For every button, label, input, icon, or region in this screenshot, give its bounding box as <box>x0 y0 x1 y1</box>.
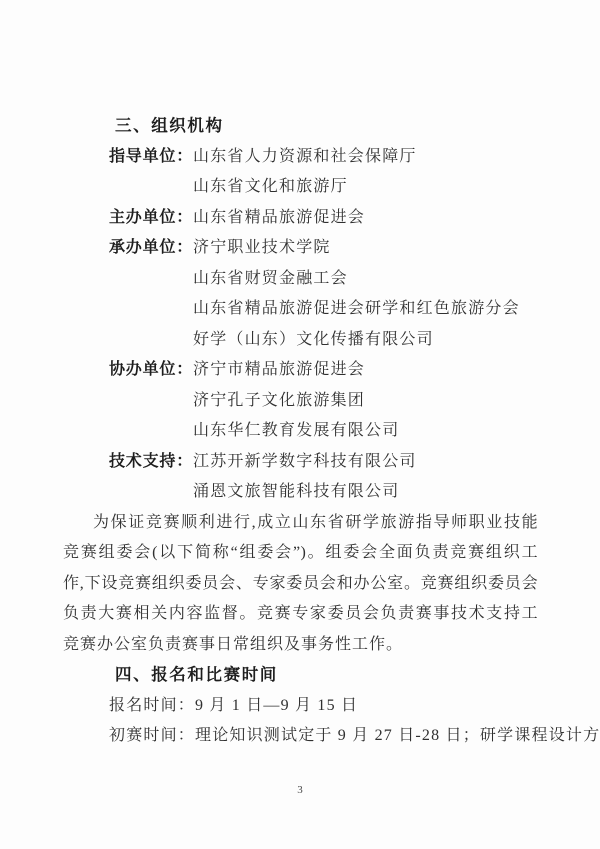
section-4-heading: 四、报名和比赛时间 <box>63 660 538 691</box>
org-value-row: 涌恩文旅智能科技有限公司 <box>63 477 538 508</box>
org-entry-row: 技术支持：江苏开新学数字科技有限公司 <box>63 447 538 478</box>
schedule-line-registration: 报名时间：9 月 1 日—9 月 15 日 <box>63 691 538 722</box>
document-page: 三、组织机构 指导单位：山东省人力资源和社会保障厅 山东省文化和旅游厅 主办单位… <box>0 0 600 849</box>
org-value: 山东省精品旅游促进会研学和红色旅游分会 <box>193 300 520 317</box>
org-value: 山东省精品旅游促进会 <box>193 209 365 226</box>
org-label: 主办单位： <box>109 203 193 234</box>
page-number: 3 <box>0 782 600 798</box>
section-3-heading: 三、组织机构 <box>63 111 538 142</box>
org-value-row: 济宁孔子文化旅游集团 <box>63 386 538 417</box>
org-value: 山东省财贸金融工会 <box>193 270 348 287</box>
org-label: 协办单位： <box>109 355 193 386</box>
paragraph-line: 竞赛组委会(以下简称“组委会”)。组委会全面负责竞赛组织工 <box>63 538 538 569</box>
org-value: 济宁孔子文化旅游集团 <box>193 392 365 409</box>
paragraph-line: 为保证竞赛顺利进行,成立山东省研学旅游指导师职业技能 <box>63 508 538 539</box>
org-value: 济宁市精品旅游促进会 <box>193 361 365 378</box>
org-entry-row: 承办单位：济宁职业技术学院 <box>63 233 538 264</box>
org-entry-row: 协办单位：济宁市精品旅游促进会 <box>63 355 538 386</box>
org-value-row: 山东华仁教育发展有限公司 <box>63 416 538 447</box>
org-label: 指导单位： <box>109 142 193 173</box>
org-value-row: 山东省精品旅游促进会研学和红色旅游分会 <box>63 294 538 325</box>
org-label: 技术支持： <box>109 447 193 478</box>
paragraph-line: 作,下设竞赛组织委员会、专家委员会和办公室。竞赛组织委员会 <box>63 569 538 600</box>
org-value: 山东华仁教育发展有限公司 <box>193 422 399 439</box>
org-label: 承办单位： <box>109 233 193 264</box>
org-value: 山东省人力资源和社会保障厅 <box>193 148 417 165</box>
org-entry-row: 指导单位：山东省人力资源和社会保障厅 <box>63 142 538 173</box>
org-value: 江苏开新学数字科技有限公司 <box>193 453 417 470</box>
org-entry-row: 主办单位：山东省精品旅游促进会 <box>63 203 538 234</box>
org-value-row: 好学（山东）文化传播有限公司 <box>63 325 538 356</box>
schedule-line-preliminary: 初赛时间：理论知识测试定于 9 月 27 日-28 日；研学课程设计方 <box>63 721 538 752</box>
org-value: 好学（山东）文化传播有限公司 <box>193 331 434 348</box>
org-value: 济宁职业技术学院 <box>193 239 331 256</box>
paragraph-line: 竞赛办公室负责赛事日常组织及事务性工作。 <box>63 630 538 661</box>
document-body: 三、组织机构 指导单位：山东省人力资源和社会保障厅 山东省文化和旅游厅 主办单位… <box>63 111 538 752</box>
paragraph-line: 负责大赛相关内容监督。竞赛专家委员会负责赛事技术支持工作。 <box>63 599 538 630</box>
org-value: 涌恩文旅智能科技有限公司 <box>193 483 399 500</box>
org-value: 山东省文化和旅游厅 <box>193 178 348 195</box>
org-value-row: 山东省文化和旅游厅 <box>63 172 538 203</box>
org-value-row: 山东省财贸金融工会 <box>63 264 538 295</box>
